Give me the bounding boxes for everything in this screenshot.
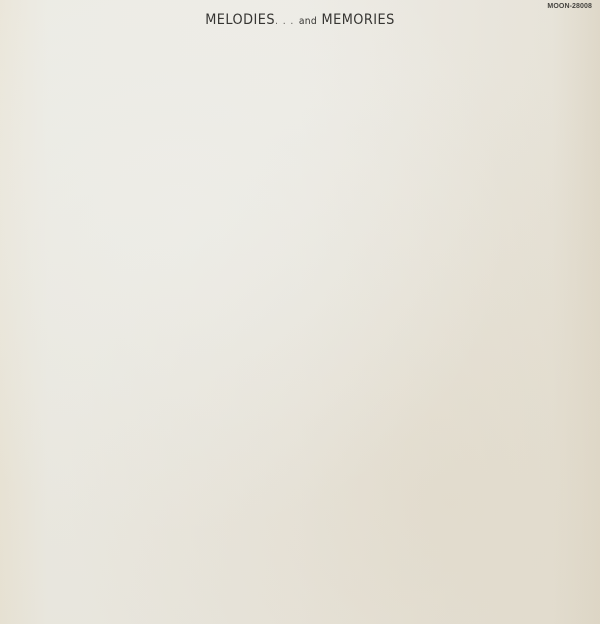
title-ellipsis: . . .: [275, 16, 294, 27]
album-sleeve-back: MELODIES. . . and MEMORIES MOON-28008: [0, 0, 600, 624]
album-title: MELODIES. . . and MEMORIES: [24, 12, 576, 28]
title-connector: and: [299, 16, 317, 27]
title-part-2: MEMORIES: [322, 12, 395, 28]
catalog-number: MOON-28008: [547, 3, 592, 10]
title-part-1: MELODIES: [205, 12, 275, 28]
